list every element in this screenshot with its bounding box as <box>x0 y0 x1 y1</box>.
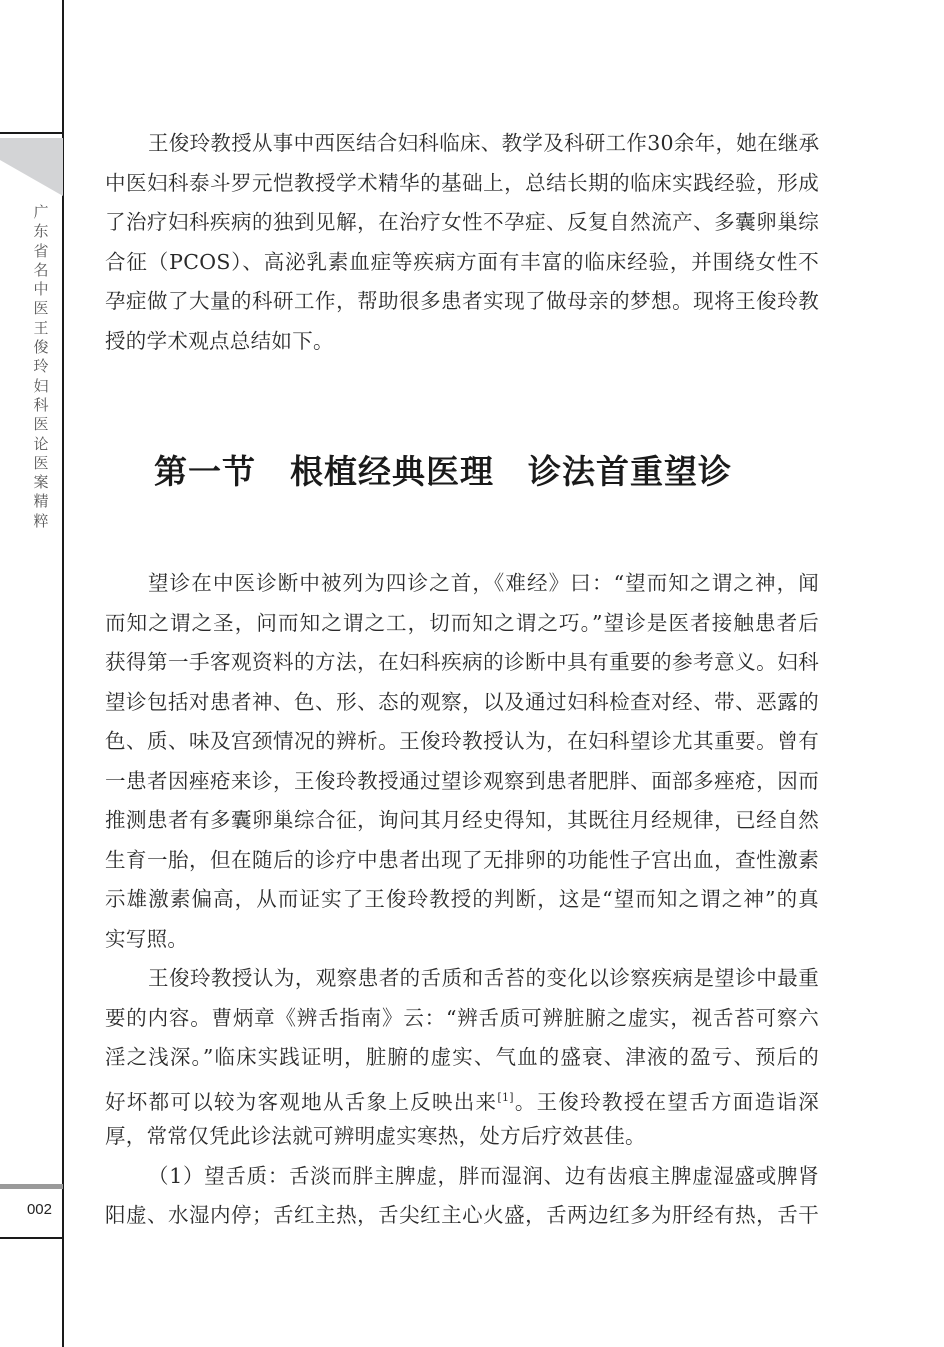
text-line: 厚，常常仅凭此诊法就可辨明虚实寒热，处方后疗效甚佳。 <box>105 1117 819 1157</box>
header-rule <box>0 132 63 134</box>
text-line: 中医妇科泰斗罗元恺教授学术精华的基础上，总结长期的临床实践经验，形成 <box>105 164 819 204</box>
text-line-with-citation: 好坏都可以较为客观地从舌象上反映出来[1]。王俊玲教授在望舌方面造诣深 <box>105 1078 819 1118</box>
paragraph-inspection: 望诊在中医诊断中被列为四诊之首，《难经》曰：“望而知之谓之神，闻 而知之谓之圣，… <box>105 564 819 959</box>
text-line: 授的学术观点总结如下。 <box>105 322 819 362</box>
text-line: 生育一胎，但在随后的诊疗中患者出现了无排卵的功能性子宫出血，查性激素 <box>105 841 819 881</box>
text-line: （1）望舌质：舌淡而胖主脾虚，胖而湿润、边有齿痕主脾虚湿盛或脾肾 <box>105 1157 819 1197</box>
text-line: 王俊玲教授从事中西医结合妇科临床、教学及科研工作30余年，她在继承 <box>105 124 819 164</box>
text-line: 实写照。 <box>105 920 819 960</box>
text-line: 获得第一手客观资料的方法，在妇科疾病的诊断中具有重要的参考意义。妇科 <box>105 643 819 683</box>
gray-wedge-decoration <box>0 138 63 196</box>
section-heading: 第一节 根植经典医理 诊法首重望诊 <box>154 446 732 493</box>
section-body: 望诊在中医诊断中被列为四诊之首，《难经》曰：“望而知之谓之神，闻 而知之谓之圣，… <box>105 564 819 1236</box>
running-title: 广东省名中医王俊玲妇科医论医案精粹 <box>30 203 52 531</box>
text-line: 合征（PCOS）、高泌乳素血症等疾病方面有丰富的临床经验，并围绕女性不 <box>105 243 819 283</box>
text-line: 示雄激素偏高，从而证实了王俊玲教授的判断，这是“望而知之谓之神”的真 <box>105 880 819 920</box>
text-line: 推测患者有多囊卵巢综合征，询问其月经史得知，其既往月经规律，已经自然 <box>105 801 819 841</box>
text-line: 孕症做了大量的科研工作，帮助很多患者实现了做母亲的梦想。现将王俊玲教 <box>105 282 819 322</box>
text-line: 一患者因痤疮来诊，王俊玲教授通过望诊观察到患者肥胖、面部多痤疮，因而 <box>105 762 819 802</box>
citation-reference[interactable]: [1] <box>497 1091 513 1104</box>
text-line: 而知之谓之圣，问而知之谓之工，切而知之谓之巧。”望诊是医者接触患者后 <box>105 604 819 644</box>
text-line: 色、质、味及宫颈情况的辨析。王俊玲教授认为，在妇科望诊尤其重要。曾有 <box>105 722 819 762</box>
footer-rule <box>0 1237 63 1239</box>
margin-rule <box>62 0 64 1347</box>
text-line: 了治疗妇科疾病的独到见解，在治疗女性不孕症、反复自然流产、多囊卵巢综 <box>105 203 819 243</box>
text-segment: 。王俊玲教授在望舌方面造诣深 <box>514 1090 819 1114</box>
paragraph-tongue: 王俊玲教授认为，观察患者的舌质和舌苔的变化以诊察疾病是望诊中最重 要的内容。曹炳… <box>105 959 819 1157</box>
text-line: 阳虚、水湿内停；舌红主热，舌尖红主心火盛，舌两边红多为肝经有热，舌干 <box>105 1196 819 1236</box>
text-line: 要的内容。曹炳章《辨舌指南》云：“辨舌质可辨脏腑之虚实，视舌苔可察六 <box>105 999 819 1039</box>
text-line: 望诊在中医诊断中被列为四诊之首，《难经》曰：“望而知之谓之神，闻 <box>105 564 819 604</box>
intro-paragraph: 王俊玲教授从事中西医结合妇科临床、教学及科研工作30余年，她在继承 中医妇科泰斗… <box>105 124 819 361</box>
text-segment: 好坏都可以较为客观地从舌象上反映出来 <box>105 1090 497 1114</box>
text-line: 淫之浅深。”临床实践证明，脏腑的虚实、气血的盛衰、津液的盈亏、预后的 <box>105 1038 819 1078</box>
paragraph-tongue-body: （1）望舌质：舌淡而胖主脾虚，胖而湿润、边有齿痕主脾虚湿盛或脾肾 阳虚、水湿内停… <box>105 1157 819 1236</box>
text-line: 王俊玲教授认为，观察患者的舌质和舌苔的变化以诊察疾病是望诊中最重 <box>105 959 819 999</box>
page-number: 002 <box>20 1201 52 1218</box>
text-line: 望诊包括对患者神、色、形、态的观察，以及通过妇科检查对经、带、恶露的 <box>105 683 819 723</box>
page-number-bar <box>0 1184 63 1189</box>
